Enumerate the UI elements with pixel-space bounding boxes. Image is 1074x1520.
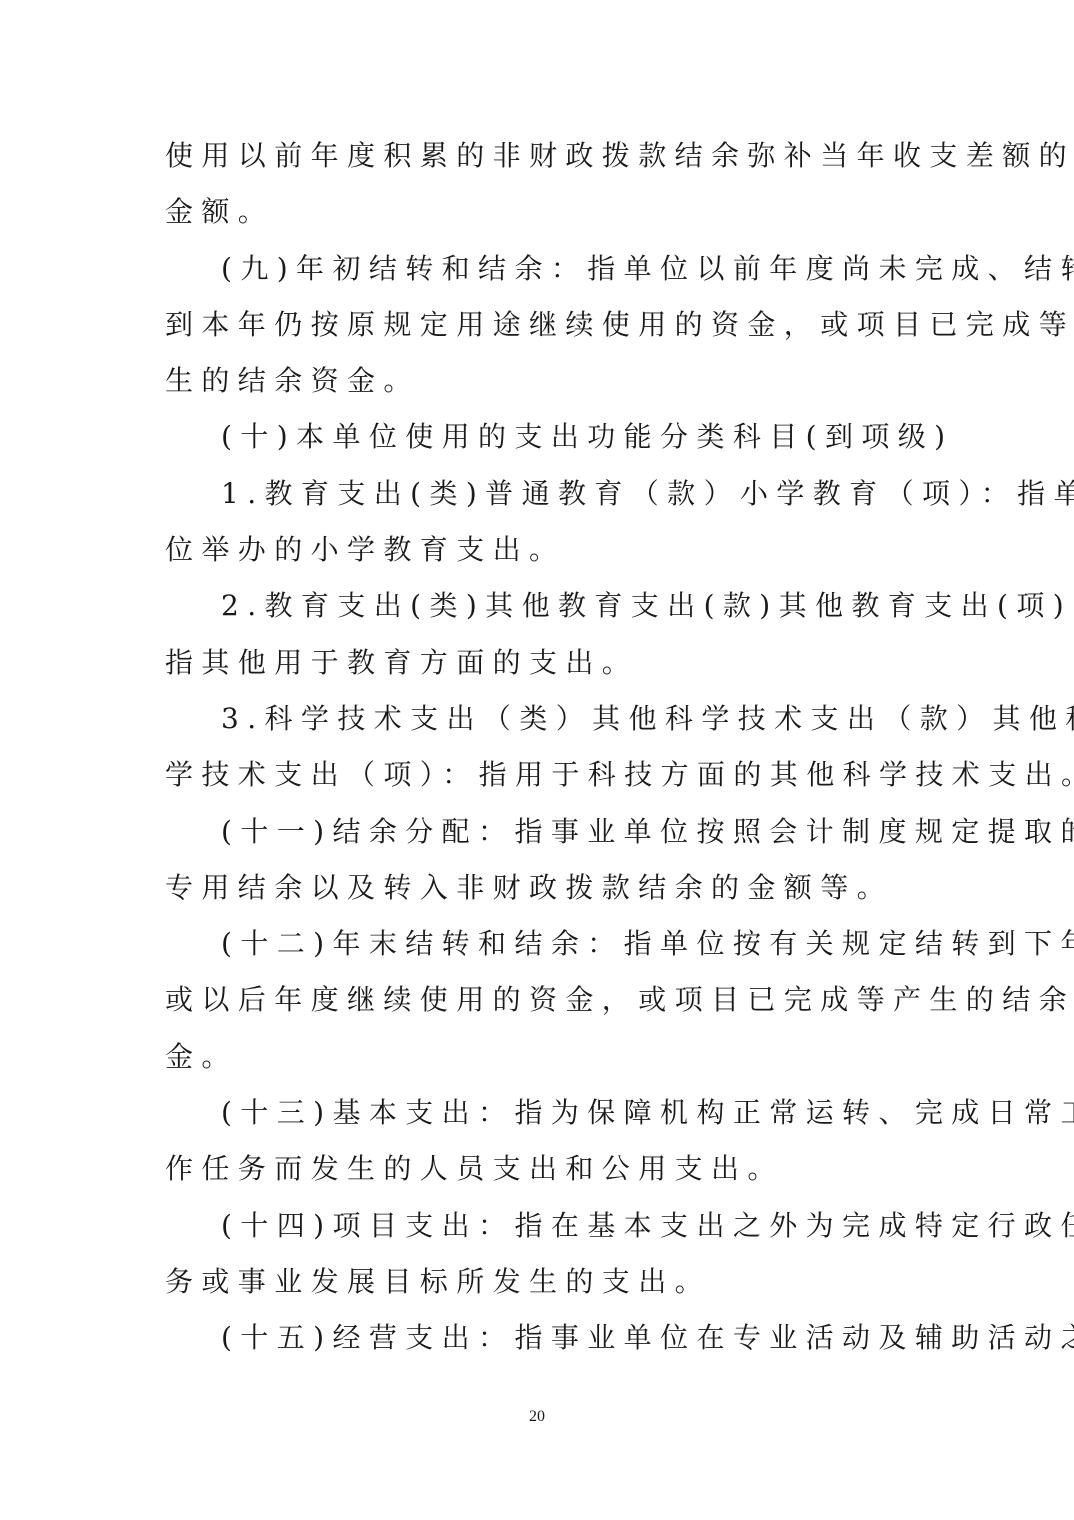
paragraph-heading-10: (十)本单位使用的支出功能分类科目(到项级) — [165, 409, 913, 465]
text-line-content: (十二)年末结转和结余：指单位按有关规定结转到下年 — [221, 916, 913, 972]
paragraph-heading-12: (十二)年末结转和结余：指单位按有关规定结转到下年 — [165, 916, 913, 972]
text-line-content: 生的结余资金。 — [165, 353, 913, 409]
text-line-content: (十一)结余分配：指事业单位按照会计制度规定提取的 — [221, 804, 913, 860]
text-line: 金额。 — [165, 184, 913, 240]
text-line-content: 2.教育支出(类)其他教育支出(款)其他教育支出(项)： — [221, 578, 913, 634]
text-line-content: (十五)经营支出：指事业单位在专业活动及辅助活动之 — [221, 1310, 913, 1366]
document-body: 使用以前年度积累的非财政拨款结余弥补当年收支差额的 金额。 (九)年初结转和结余… — [165, 128, 913, 1367]
text-line-content: 到本年仍按原规定用途继续使用的资金，或项目已完成等产 — [165, 297, 913, 353]
text-line-content: 作任务而发生的人员支出和公用支出。 — [165, 1141, 913, 1197]
paragraph-heading-14: (十四)项目支出：指在基本支出之外为完成特定行政任 — [165, 1198, 913, 1254]
text-line: 专用结余以及转入非财政拨款结余的金额等。 — [165, 860, 913, 916]
text-line-content: 位举办的小学教育支出。 — [165, 522, 913, 578]
text-line-content: 金额。 — [165, 184, 913, 240]
text-line-content: 1.教育支出(类)普通教育（款）小学教育（项）：指单 — [221, 466, 913, 522]
list-item-2: 2.教育支出(类)其他教育支出(款)其他教育支出(项)： — [165, 578, 913, 634]
text-line: 位举办的小学教育支出。 — [165, 522, 913, 578]
text-line-content: (十四)项目支出：指在基本支出之外为完成特定行政任 — [221, 1198, 913, 1254]
text-line-content: (十)本单位使用的支出功能分类科目(到项级) — [221, 409, 913, 465]
text-line: 生的结余资金。 — [165, 353, 913, 409]
paragraph-heading-11: (十一)结余分配：指事业单位按照会计制度规定提取的 — [165, 804, 913, 860]
page-number: 20 — [0, 1408, 1074, 1426]
text-line: 学技术支出（项）：指用于科技方面的其他科学技术支出。 — [165, 747, 913, 803]
text-line-content: (十三)基本支出：指为保障机构正常运转、完成日常工 — [221, 1085, 913, 1141]
text-line-content: 指其他用于教育方面的支出。 — [165, 635, 913, 691]
paragraph-heading-15: (十五)经营支出：指事业单位在专业活动及辅助活动之 — [165, 1310, 913, 1366]
text-line-content: 学技术支出（项）：指用于科技方面的其他科学技术支出。 — [165, 747, 913, 803]
text-line: 务或事业发展目标所发生的支出。 — [165, 1254, 913, 1310]
text-line: 使用以前年度积累的非财政拨款结余弥补当年收支差额的 — [165, 128, 913, 184]
text-line: 或以后年度继续使用的资金，或项目已完成等产生的结余资 — [165, 972, 913, 1028]
text-line-content: 或以后年度继续使用的资金，或项目已完成等产生的结余资 — [165, 972, 913, 1028]
text-line: 到本年仍按原规定用途继续使用的资金，或项目已完成等产 — [165, 297, 913, 353]
text-line: 金。 — [165, 1029, 913, 1085]
text-line-content: 金。 — [165, 1029, 913, 1085]
text-line-content: 3.科学技术支出（类）其他科学技术支出（款）其他科 — [221, 691, 913, 747]
list-item-1: 1.教育支出(类)普通教育（款）小学教育（项）：指单 — [165, 466, 913, 522]
text-line: 指其他用于教育方面的支出。 — [165, 635, 913, 691]
paragraph-heading-9: (九)年初结转和结余：指单位以前年度尚未完成、结转 — [165, 241, 913, 297]
paragraph-heading-13: (十三)基本支出：指为保障机构正常运转、完成日常工 — [165, 1085, 913, 1141]
text-line-content: 务或事业发展目标所发生的支出。 — [165, 1254, 913, 1310]
text-line: 作任务而发生的人员支出和公用支出。 — [165, 1141, 913, 1197]
text-line-content: (九)年初结转和结余：指单位以前年度尚未完成、结转 — [221, 241, 913, 297]
text-line-content: 使用以前年度积累的非财政拨款结余弥补当年收支差额的 — [165, 128, 913, 184]
text-line-content: 专用结余以及转入非财政拨款结余的金额等。 — [165, 860, 913, 916]
list-item-3: 3.科学技术支出（类）其他科学技术支出（款）其他科 — [165, 691, 913, 747]
